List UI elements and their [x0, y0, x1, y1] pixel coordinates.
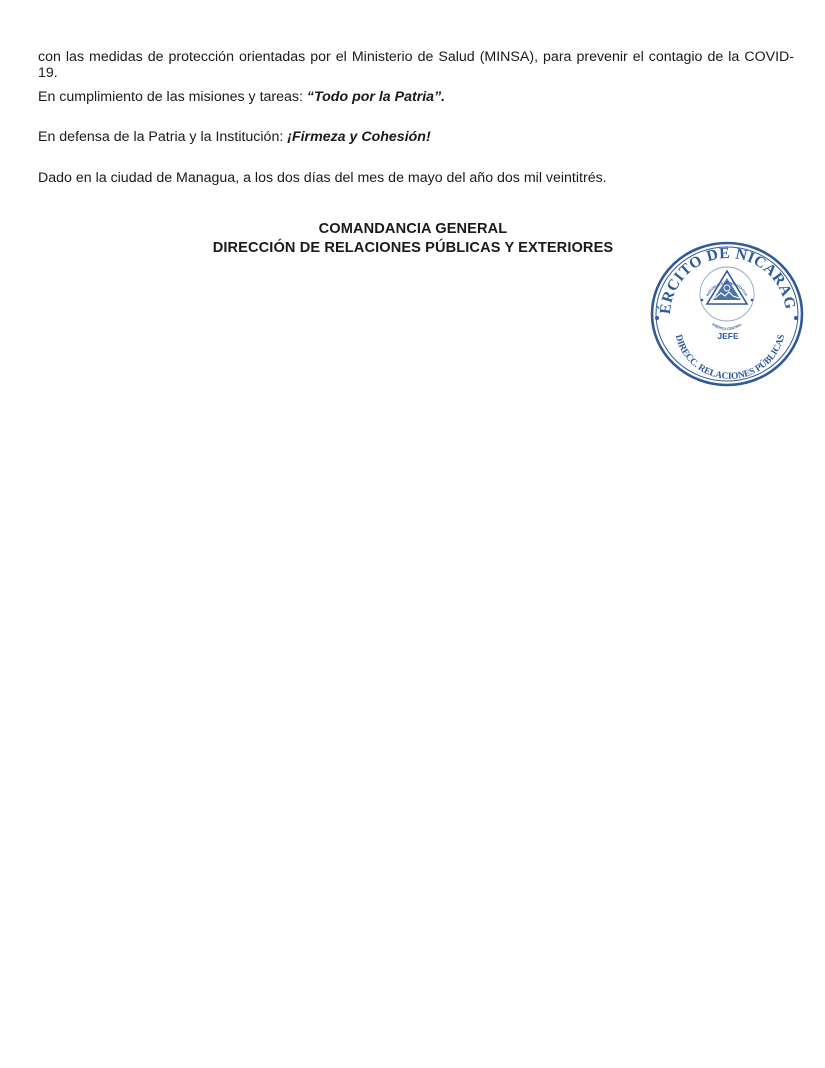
- paragraph-text: Dado en la ciudad de Managua, a los dos …: [38, 170, 607, 186]
- paragraph-date-place: Dado en la ciudad de Managua, a los dos …: [38, 170, 794, 186]
- paragraph-text: En cumplimiento de las misiones y tareas…: [38, 89, 307, 105]
- signature-line-2: DIRECCIÓN DE RELACIONES PÚBLICAS Y EXTER…: [180, 239, 646, 257]
- stamp-center-text: JEFE: [717, 331, 739, 341]
- paragraph-covid-measures: con las medidas de protección orientadas…: [38, 49, 794, 81]
- paragraph-text: En defensa de la Patria y la Institución…: [38, 129, 287, 145]
- motto-firmeza-cohesion: ¡Firmeza y Cohesión!: [287, 129, 430, 145]
- official-seal-icon: EJÉRCITO DE NICARAGUA DIRECC. RELACIONES…: [645, 238, 807, 390]
- document-page: con las medidas de protección orientadas…: [0, 0, 825, 1068]
- svg-text:AMÉRICA CENTRAL: AMÉRICA CENTRAL: [711, 322, 743, 331]
- paragraph-text: con las medidas de protección orientadas…: [38, 49, 794, 81]
- paragraph-defense: En defensa de la Patria y la Institución…: [38, 129, 794, 145]
- paragraph-missions: En cumplimiento de las misiones y tareas…: [38, 89, 794, 105]
- signature-line-1: COMANDANCIA GENERAL: [180, 220, 646, 238]
- motto-todo-por-la-patria: “Todo por la Patria”.: [307, 89, 445, 105]
